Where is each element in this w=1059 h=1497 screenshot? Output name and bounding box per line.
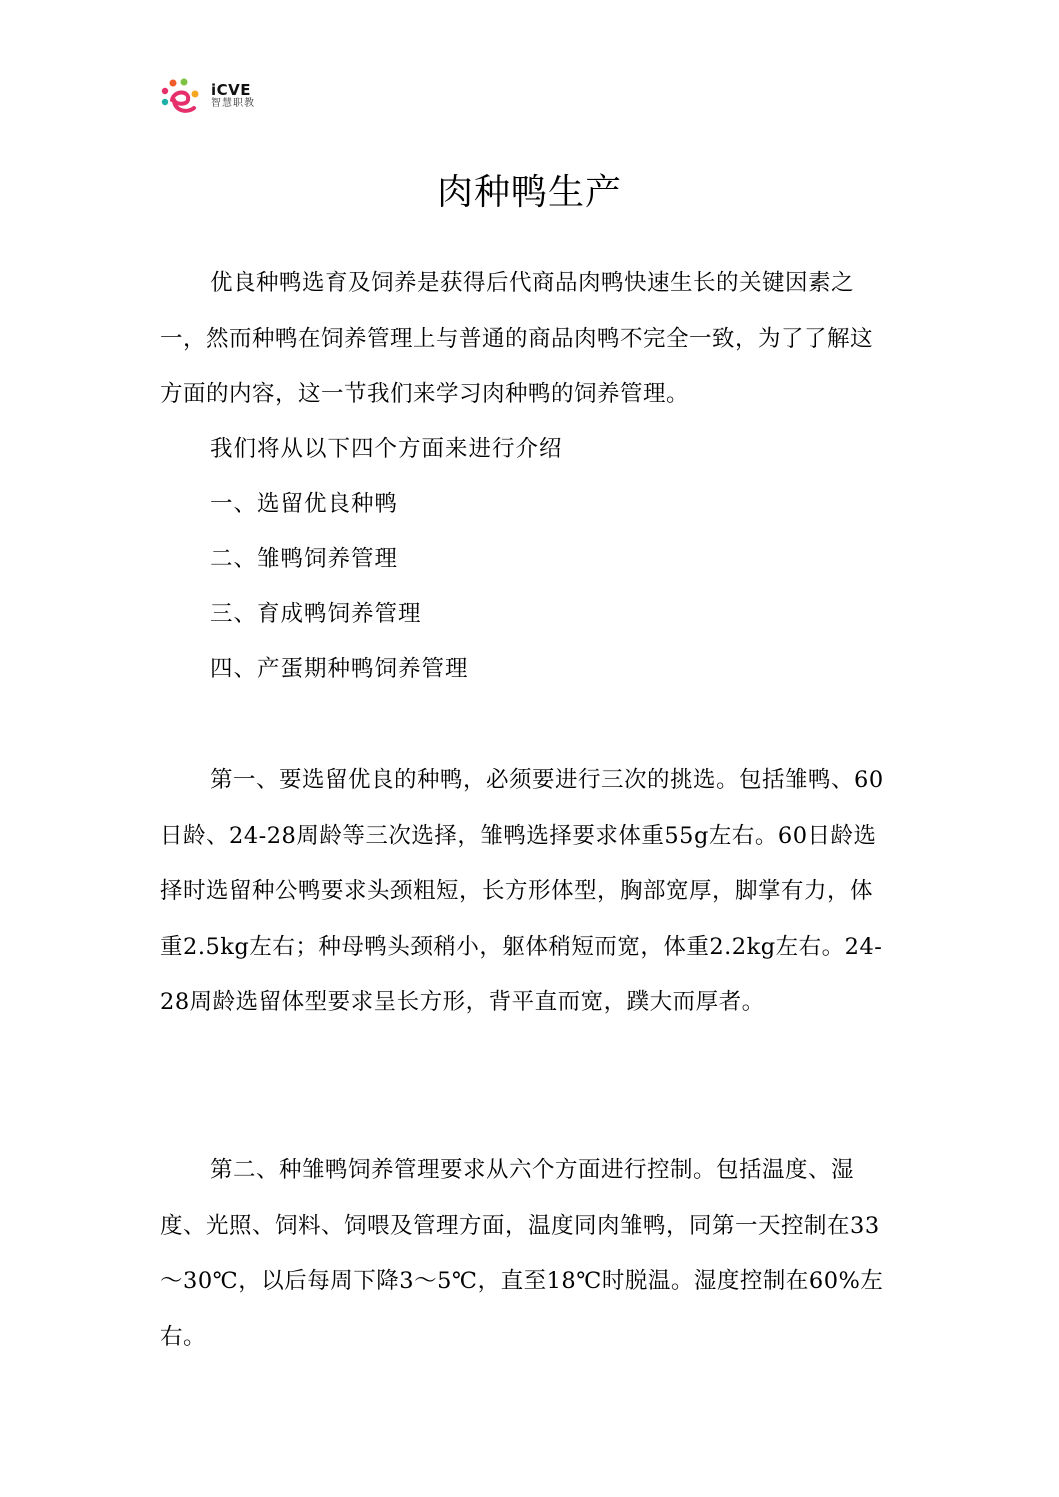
outline-item-1: 一、选留优良种鸭 <box>210 489 398 519</box>
section-2-paragraph: 第二、种雏鸭饲养管理要求从六个方面进行控制。包括温度、湿度、光照、饲料、饲喂及管… <box>160 1143 890 1365</box>
logo-brand: iCVE <box>211 82 255 98</box>
outline-lead: 我们将从以下四个方面来进行介绍 <box>210 434 563 464</box>
outline-item-2: 二、雏鸭饲养管理 <box>210 544 398 574</box>
outline-item-3: 三、育成鸭饲养管理 <box>210 599 422 629</box>
outline-item-4: 四、产蛋期种鸭饲养管理 <box>210 654 469 684</box>
section-1-paragraph: 第一、要选留优良的种鸭，必须要进行三次的挑选。包括雏鸭、60日龄、24-28周龄… <box>160 753 890 1031</box>
logo-text: iCVE 智慧职教 <box>211 82 255 110</box>
document-title: 肉种鸭生产 <box>0 166 1059 220</box>
icve-logo: iCVE 智慧职教 <box>160 78 270 118</box>
intro-paragraph: 优良种鸭选育及饲养是获得后代商品肉鸭快速生长的关键因素之一，然而种鸭在饲养管理上… <box>160 256 890 423</box>
icve-flower-icon <box>160 78 204 118</box>
logo-brand-cn: 智慧职教 <box>211 98 255 110</box>
